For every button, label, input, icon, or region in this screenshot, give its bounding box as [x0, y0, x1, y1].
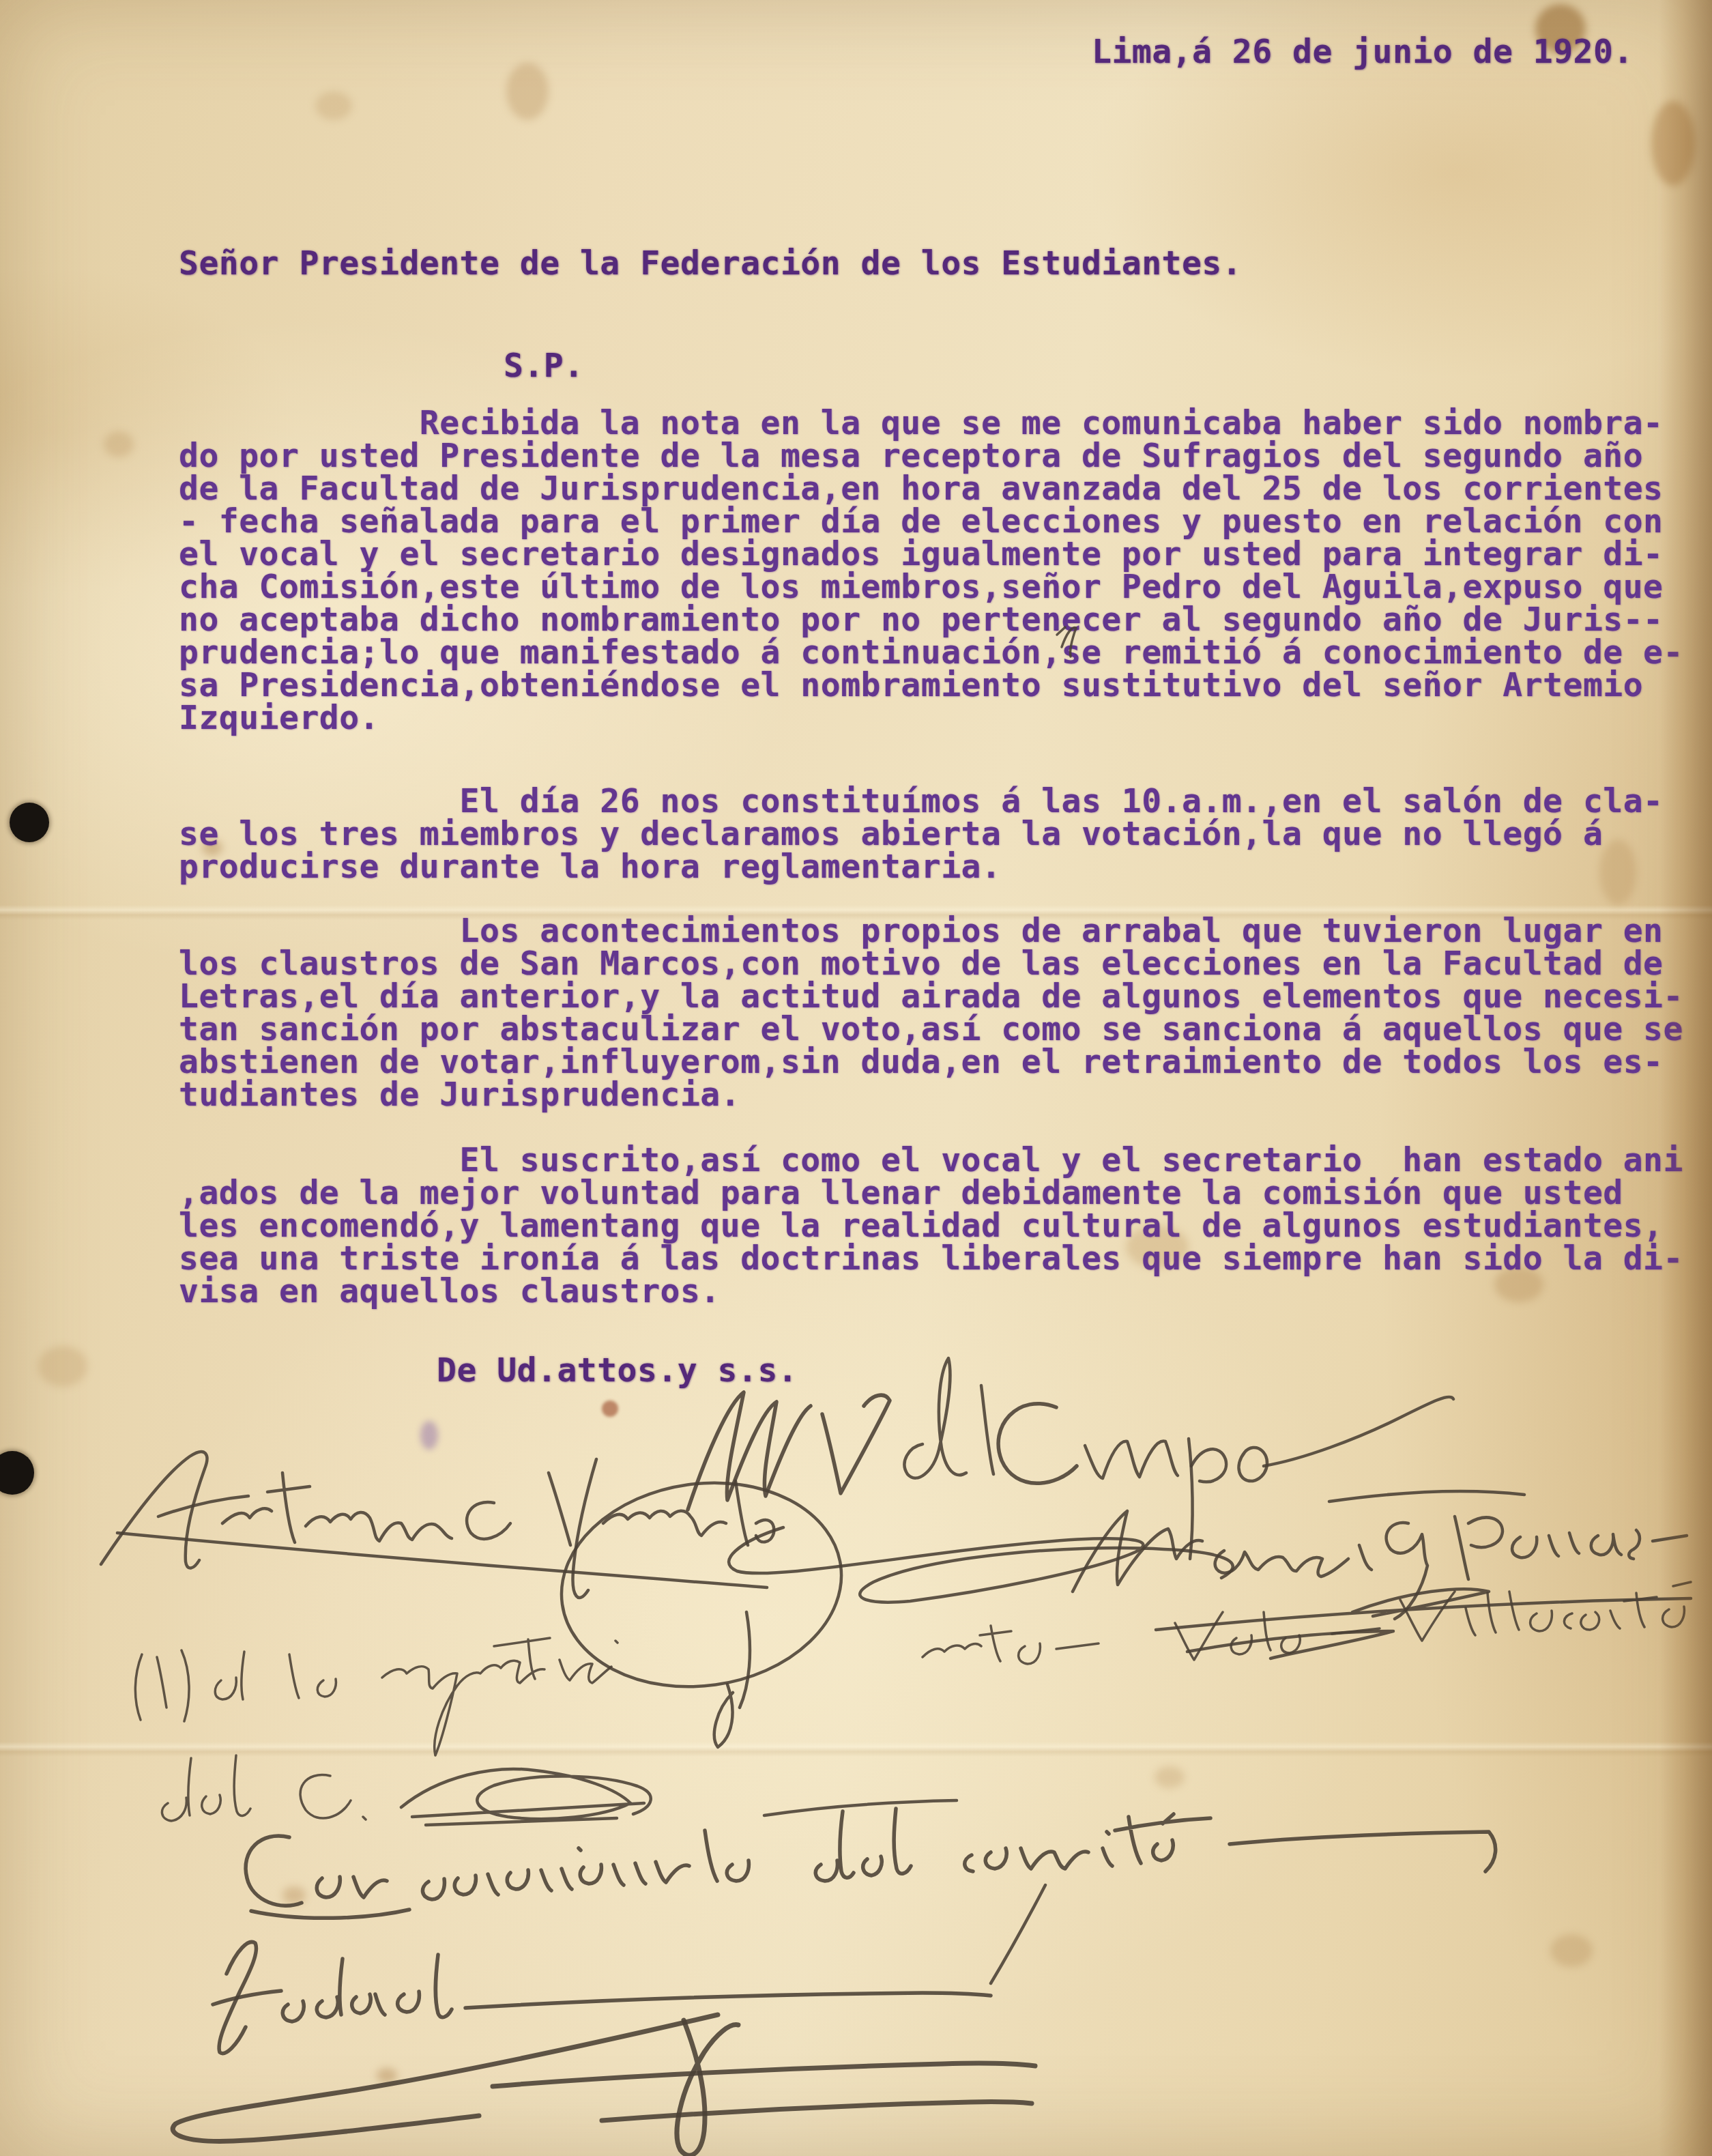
signature-m-v-del-campo	[688, 1358, 1524, 1602]
signature-artemio-izquierdo	[101, 1452, 855, 1747]
final-rubric	[173, 2015, 1035, 2155]
letter-page: Lima,á 26 de junio de 1920. Señor Presid…	[0, 0, 1712, 2156]
footnote-line-2	[162, 1755, 650, 1825]
inline-footnote-mark	[1057, 627, 1076, 657]
endorsement-line-2	[213, 1942, 991, 2053]
handwriting-layer	[0, 0, 1712, 2156]
signature-nicanor-porras	[1073, 1511, 1691, 1658]
endorsement-line-1	[246, 1800, 1496, 1983]
